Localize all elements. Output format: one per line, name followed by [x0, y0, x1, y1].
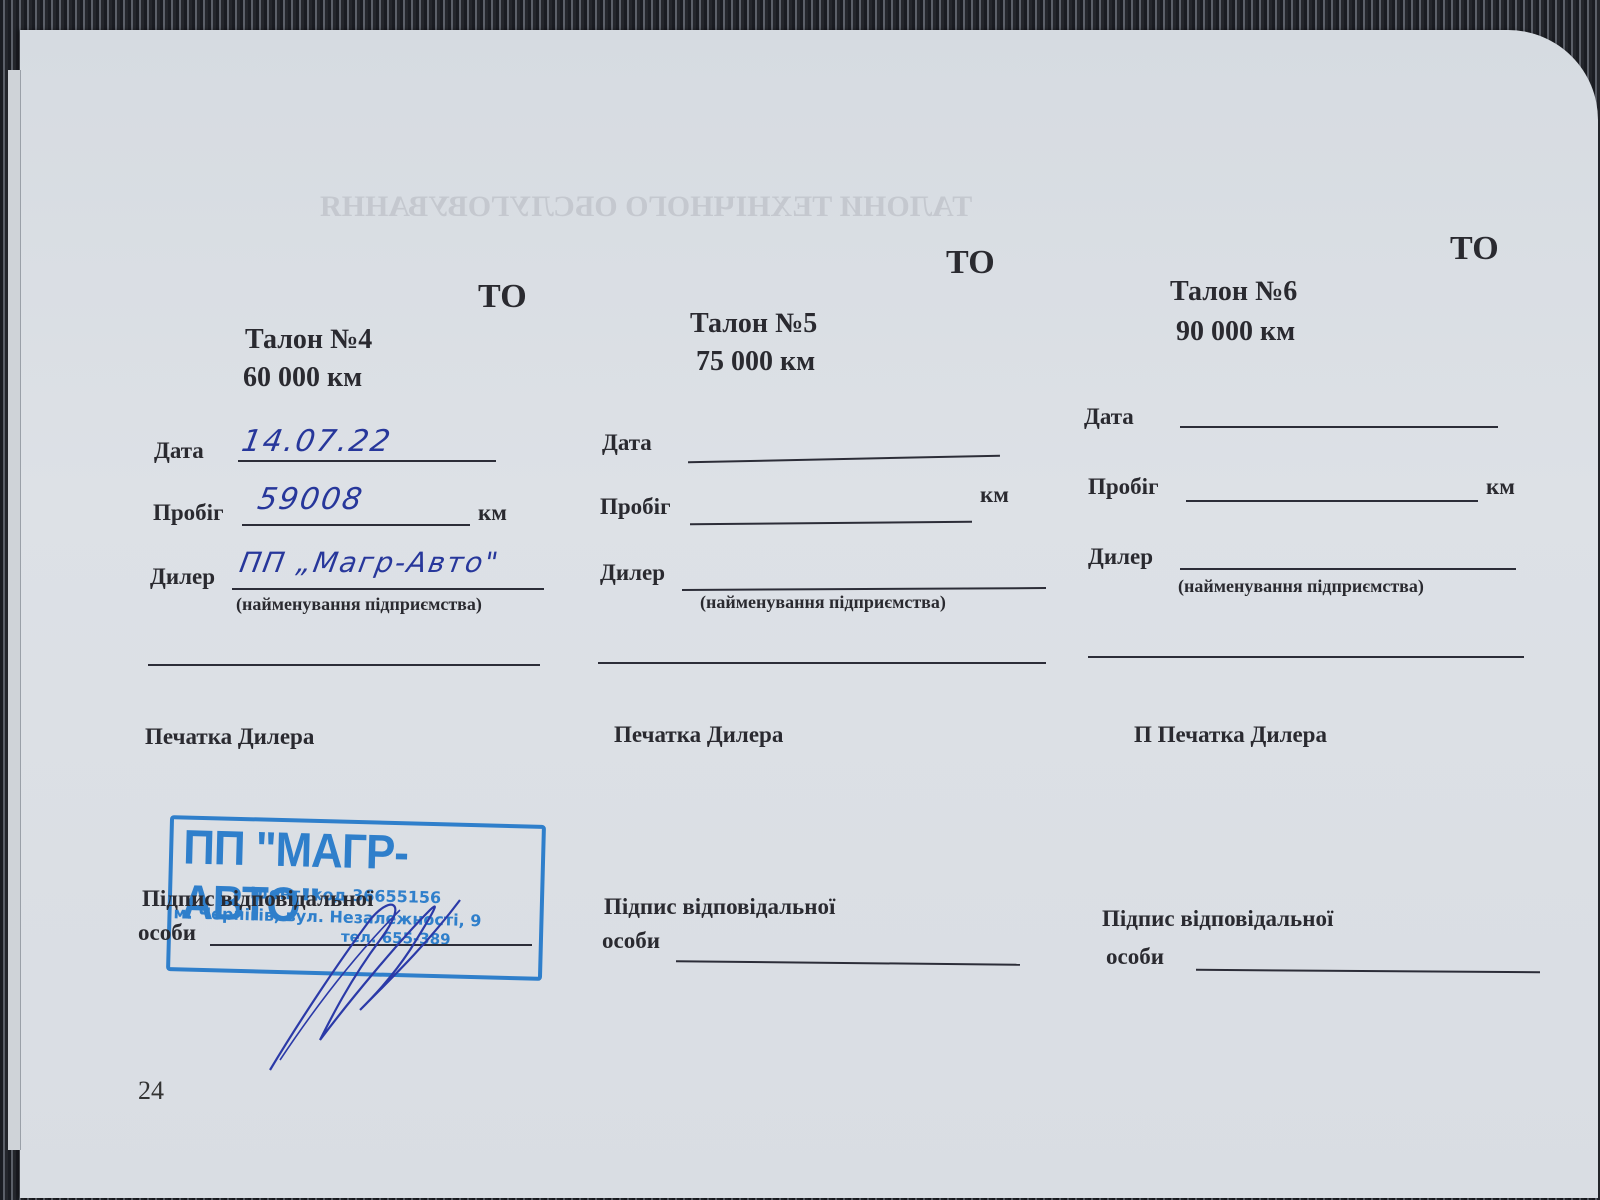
date-label: Дата [1084, 404, 1134, 430]
extra-line [598, 662, 1046, 664]
mileage-label: Пробіг [153, 500, 224, 526]
page-number: 24 [138, 1076, 164, 1106]
date-field-line[interactable] [688, 455, 1000, 464]
extra-line [1088, 656, 1524, 658]
dealer-label: Дилер [1088, 544, 1153, 570]
mileage-field-line[interactable] [1186, 500, 1478, 502]
km-unit: км [478, 500, 507, 526]
dealer-field-line[interactable] [682, 587, 1046, 591]
coupon-interval: 90 000 км [1176, 314, 1295, 350]
to-label: ТО [478, 278, 527, 316]
date-label: Дата [154, 438, 204, 464]
document-page: ТАЛОНИ ТЕХНІЧНОГО ОБСЛУГОВУВАННЯ ТО Тало… [20, 30, 1598, 1198]
km-unit: км [1486, 474, 1515, 500]
coupon-title: Талон №5 [690, 306, 817, 342]
dealer-hint: (найменування підприємства) [236, 594, 482, 615]
stamp-label: Печатка Дилера [145, 724, 314, 750]
signature-field-line[interactable] [676, 960, 1020, 966]
mileage-field-line[interactable] [690, 521, 972, 525]
date-handwritten[interactable]: 14.07.22 [239, 424, 395, 459]
coupon-title: Талон №4 [245, 322, 372, 358]
signature-label-2: особи [602, 928, 660, 954]
extra-line [148, 664, 540, 666]
to-label: ТО [1450, 230, 1499, 268]
signature-field-line[interactable] [1196, 969, 1540, 973]
stamp-label: П Печатка Дилера [1134, 722, 1327, 748]
dealer-label: Дилер [600, 560, 665, 586]
mileage-label: Пробіг [1088, 474, 1159, 500]
dealer-label: Дилер [150, 564, 215, 590]
bleed-through-title: ТАЛОНИ ТЕХНІЧНОГО ОБСЛУГОВУВАННЯ [320, 190, 972, 224]
stamp-label: Печатка Дилера [614, 722, 783, 748]
date-field-line[interactable] [238, 460, 496, 462]
mileage-field-line[interactable] [242, 524, 470, 526]
dealer-field-line[interactable] [232, 588, 544, 590]
km-unit: км [980, 482, 1009, 508]
signature-label-2: особи [1106, 944, 1164, 970]
coupon-interval: 75 000 км [696, 344, 815, 380]
coupon-interval: 60 000 км [243, 360, 362, 396]
dealer-hint: (найменування підприємства) [700, 592, 946, 613]
mileage-handwritten[interactable]: 59008 [255, 482, 367, 517]
date-field-line[interactable] [1180, 426, 1498, 428]
date-label: Дата [602, 430, 652, 456]
handwritten-signature-icon [260, 880, 480, 1080]
dealer-field-line[interactable] [1180, 568, 1516, 570]
signature-label-1: Підпис відповідальної [1102, 906, 1333, 932]
signature-label-2: особи [138, 920, 196, 946]
coupon-title: Талон №6 [1170, 274, 1297, 310]
dealer-handwritten[interactable]: ПП „Магр-Авто" [237, 546, 502, 579]
to-label: ТО [946, 244, 995, 282]
mileage-label: Пробіг [600, 494, 671, 520]
signature-label-1: Підпис відповідальної [604, 894, 835, 920]
dealer-hint: (найменування підприємства) [1178, 576, 1424, 597]
